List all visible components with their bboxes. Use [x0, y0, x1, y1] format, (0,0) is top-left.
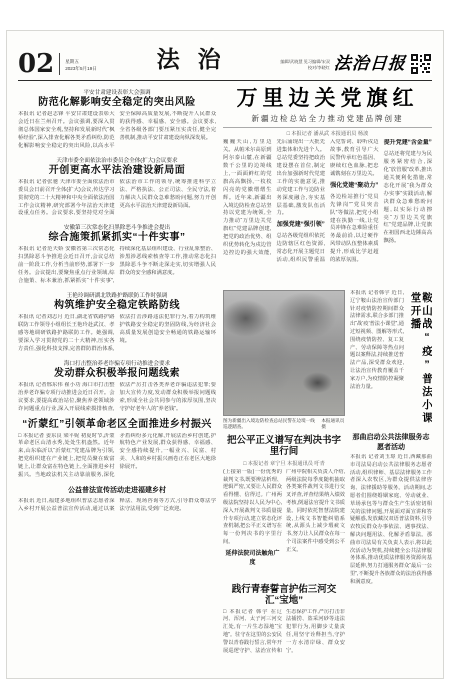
article-fujian-legal-aid: 公益普法宣传活动走进福建乡村 本报讯 近日,福建多地组织普法志愿者深入乡村开展公…: [18, 485, 216, 513]
article-body: (上接第一版)一份优秀的裁判文书,既要辨法析理、逻辑严密,又要让人民群众看得懂、…: [223, 469, 345, 579]
section-title: 法治: [139, 41, 239, 75]
article-headline: 公益普法宣传活动走进福建乡村: [18, 485, 216, 495]
article-three-rivers: 践行青春誓言护佑三河交汇“宝地” □ 本报记者 韩宇 在辽河、浑河、太子河三河交…: [223, 584, 345, 681]
article-hubei-railway: 王艳玲调研湖北铁路护路联防工作时强调 构筑维护安全稳定铁路防线 本报讯 记者刘志…: [18, 291, 216, 354]
article-kicker: 海口打击整治养老诈骗专项行动推进会要求: [18, 359, 216, 367]
masthead-block: 编辑/武晓慧 见习编辑/宋双 校对/李晓红 法治日报: [280, 49, 432, 75]
article-kicker: 王艳玲调研湖北铁路护路联防工作时强调: [18, 291, 216, 299]
left-column: 平安甘肃建设表彰大会强调 防范化解影响安全稳定的突出风险 本报讯 记者赵志锋 平…: [18, 88, 216, 681]
right-region: 万里边关党旗红 新疆边检总站全力推动党建品牌创建 □ 本报记者 潘从武 本报通讯…: [223, 88, 432, 681]
editor-credits: 编辑/武晓慧 见习编辑/宋双 校对/李晓红: [280, 59, 330, 75]
article-gansu-safety: 平安甘肃建设表彰大会强调 防范化解影响安全稳定的突出风险 本报讯 记者赵志锋 平…: [18, 88, 216, 151]
article-body: 本报讯 记者邢东伟 翟小功 海口市打击整治养老诈骗专项行动推进会近日召开。会议要…: [18, 382, 216, 414]
article-body: 本报讯 记者范天娇 安徽省第三次常态化扫黑除恶斗争推进会近日召开,会议总结前一阶…: [18, 246, 216, 286]
article-subhead: 延伸法院司法触角广度: [223, 550, 282, 568]
article-body: 本报讯 记者张驰 天津市委全面依法治市委员会日前召开全体(扩大)会议,传达学习贯…: [18, 179, 216, 219]
photo-caption: 图为新疆出入境边防检查总站民警在边境一线巡逻踏查。: [223, 418, 317, 430]
center-block: 图为新疆出入境边防检查总站民警在边境一线巡逻踏查。 本报通讯员 摄 把公平正义谱…: [223, 290, 345, 681]
page-header: 02 星期五 2023年5月19日 法治 编辑/武晓慧 见习编辑/宋双 校对/李…: [18, 39, 432, 75]
right-column: 本报讯 记者韩宇 近日,辽宁鞍山法治宣传部门针对疫情防控期间群众法律需求,联合多…: [350, 290, 432, 681]
article-anshan-classroom: 本报讯 记者韩宇 近日,辽宁鞍山法治宣传部门针对疫情防控期间群众法律需求,联合多…: [350, 290, 432, 426]
article-headline: 把公平正义谱写在判决书字里行间: [223, 435, 345, 458]
article-judgment-fairness: 把公平正义谱写在判决书字里行间 □ 本报记者 章宁旦 本报通讯员 吁青 (上接第…: [223, 435, 345, 579]
article-headline: 防范化解影响安全稳定的突出风险: [18, 97, 216, 109]
photo-credit: 本报通讯员 摄: [321, 418, 345, 430]
article-headline: 构筑维护安全稳定铁路防线: [18, 300, 216, 312]
article-headline: 那曲启动公共法律服务志愿者活动: [350, 432, 432, 452]
article-paragraph: 广州中院相关负责人介绍,两级法院每季度随机抽取各类案件裁判文书进行交叉评查,评查…: [286, 469, 345, 555]
lead-subhead-1: 加强党建“强引领”: [277, 221, 326, 230]
article-body: 本报讯 记者刘玉璟 近日,西藏那曲市司法局启动公共法律服务志愿者活动,组织律师、…: [350, 454, 432, 680]
date-block: 星期五 2023年5月19日: [65, 59, 97, 75]
article-body: □ 本报记者 姜东良 梁平妮 初夏时节,沂蒙革命老区山清水秀,处处生机盎然。近年…: [18, 433, 216, 481]
article-headline: 践行青春誓言护佑三河交汇“宝地”: [223, 584, 345, 607]
date: 2023年5月19日: [65, 66, 97, 73]
lead-subhead-3: 提升党建“含金量”: [384, 139, 433, 148]
photo-caption-row: 图为新疆出入境边防检查总站民警在边境一线巡逻踏查。 本报通讯员 摄: [223, 418, 345, 430]
article-anhui-crackdown: 安徽第三次常态化扫黑除恶斗争推进会提出 综合施策抓紧抓实“十件实事” 本报讯 记…: [18, 223, 216, 286]
article-haikou-fraud: 海口打击整治养老诈骗专项行动推进会要求 发动群众积极举报问题线索 本报讯 记者邢…: [18, 359, 216, 414]
lead-subhead-2: 强化党建“聚动力”: [330, 182, 379, 191]
article-body: □ 本报记者 韩宇 在辽河、浑河、太子河三河交汇处,有一片生态湿地“宝地”。驻守…: [223, 609, 345, 681]
lead-subhead: 新疆边检总站全力推动党建品牌创建: [223, 113, 432, 128]
article-kicker: 平安甘肃建设表彰大会强调: [18, 88, 216, 96]
article-border-party-flag: 万里边关党旗红 新疆边检总站全力推动党建品牌创建 □ 本报记者 潘从武 本报通讯…: [223, 88, 432, 285]
article-kicker: 安徽第三次常态化扫黑除恶斗争推进会提出: [18, 223, 216, 231]
lead-headline: 万里边关党旗红: [223, 88, 432, 110]
article-paragraph: (上接第一版)一份优秀的裁判文书,既要辨法析理、逻辑严密,又要让人民群众看得懂、…: [223, 469, 282, 547]
article-headline: “沂蒙红”引领革命老区全面推进乡村振兴: [18, 419, 216, 431]
lead-paragraph: 各边检站推行“党员先锋岗”“党员突击队”等做法,把党小组建在执勤一线,让党员冲锋…: [330, 194, 379, 265]
article-headline: 发动群众积极举报问题线索: [18, 368, 216, 380]
lead-body: 巍巍天山,万里边关。从帕米尔高原到阿尔泰山麓,在新疆数千公里的边境线上,一面面鲜…: [223, 139, 432, 285]
article-kicker: 天津市委全面依法治市委员会全体(扩大)会议要求: [18, 156, 216, 164]
vertical-headline: 鞍山战“疫”普法小课堂开播: [407, 290, 432, 426]
border-patrol-photo: [223, 290, 345, 416]
article-body: 本报讯 记者韩宇 近日,辽宁鞍山法治宣传部门针对疫情防控期间群众法律需求,联合多…: [350, 290, 404, 426]
masthead-title: 法治日报: [333, 49, 407, 75]
article-headline: 开创更高水平法治建设新局面: [18, 165, 216, 177]
article-body: 本报讯 近日,福建多地组织普法志愿者深入乡村开展公益普法宣传活动,通过以案释法、…: [18, 498, 216, 514]
page-number-block: 02 星期五 2023年5月19日: [18, 53, 97, 75]
article-headline: 综合施策抓紧抓实“十件实事”: [18, 232, 216, 244]
qr-code-icon: [410, 53, 432, 75]
page-body: 平安甘肃建设表彰大会强调 防范化解影响安全稳定的突出风险 本报讯 记者赵志锋 平…: [18, 88, 432, 681]
article-body: 本报讯 记者赵志锋 平安甘肃建设表彰大会近日在兰州召开。会议强调,要深入贯彻总体…: [18, 111, 216, 151]
header-rule: [18, 80, 432, 81]
article-body: 本报讯 记者刘志月 近日,湖北省铁路护路联防工作领导小组组长王艳玲赴武汉、孝感等…: [18, 314, 216, 354]
article-yimeng-red: “沂蒙红”引领革命老区全面推进乡村振兴 □ 本报记者 姜东良 梁平妮 初夏时节,…: [18, 419, 216, 481]
lead-paragraph: 总站还将党建与为民服务紧密结合,深化“放管服”改革,推出通关便利化措施,常态化开…: [384, 151, 433, 246]
newspaper-page: 02 星期五 2023年5月19日 法治 编辑/武晓慧 见习编辑/宋双 校对/李…: [6, 30, 444, 679]
article-naqu-volunteers: 那曲启动公共法律服务志愿者活动 本报讯 记者刘玉璟 近日,西藏那曲市司法局启动公…: [350, 432, 432, 680]
credits-line-2: 校对/李晓红: [280, 65, 330, 72]
page-number: 02: [18, 53, 60, 75]
article-byline: □ 本报记者 章宁旦 本报通讯员 吁青: [223, 460, 345, 467]
lead-byline: □ 本报记者 潘从武 本报通讯员 杨波: [223, 130, 432, 137]
article-tianjin-ruleoflaw: 天津市委全面依法治市委员会全体(扩大)会议要求 开创更高水平法治建设新局面 本报…: [18, 156, 216, 219]
lower-right-row: 图为新疆出入境边防检查总站民警在边境一线巡逻踏查。 本报通讯员 摄 把公平正义谱…: [223, 290, 432, 681]
